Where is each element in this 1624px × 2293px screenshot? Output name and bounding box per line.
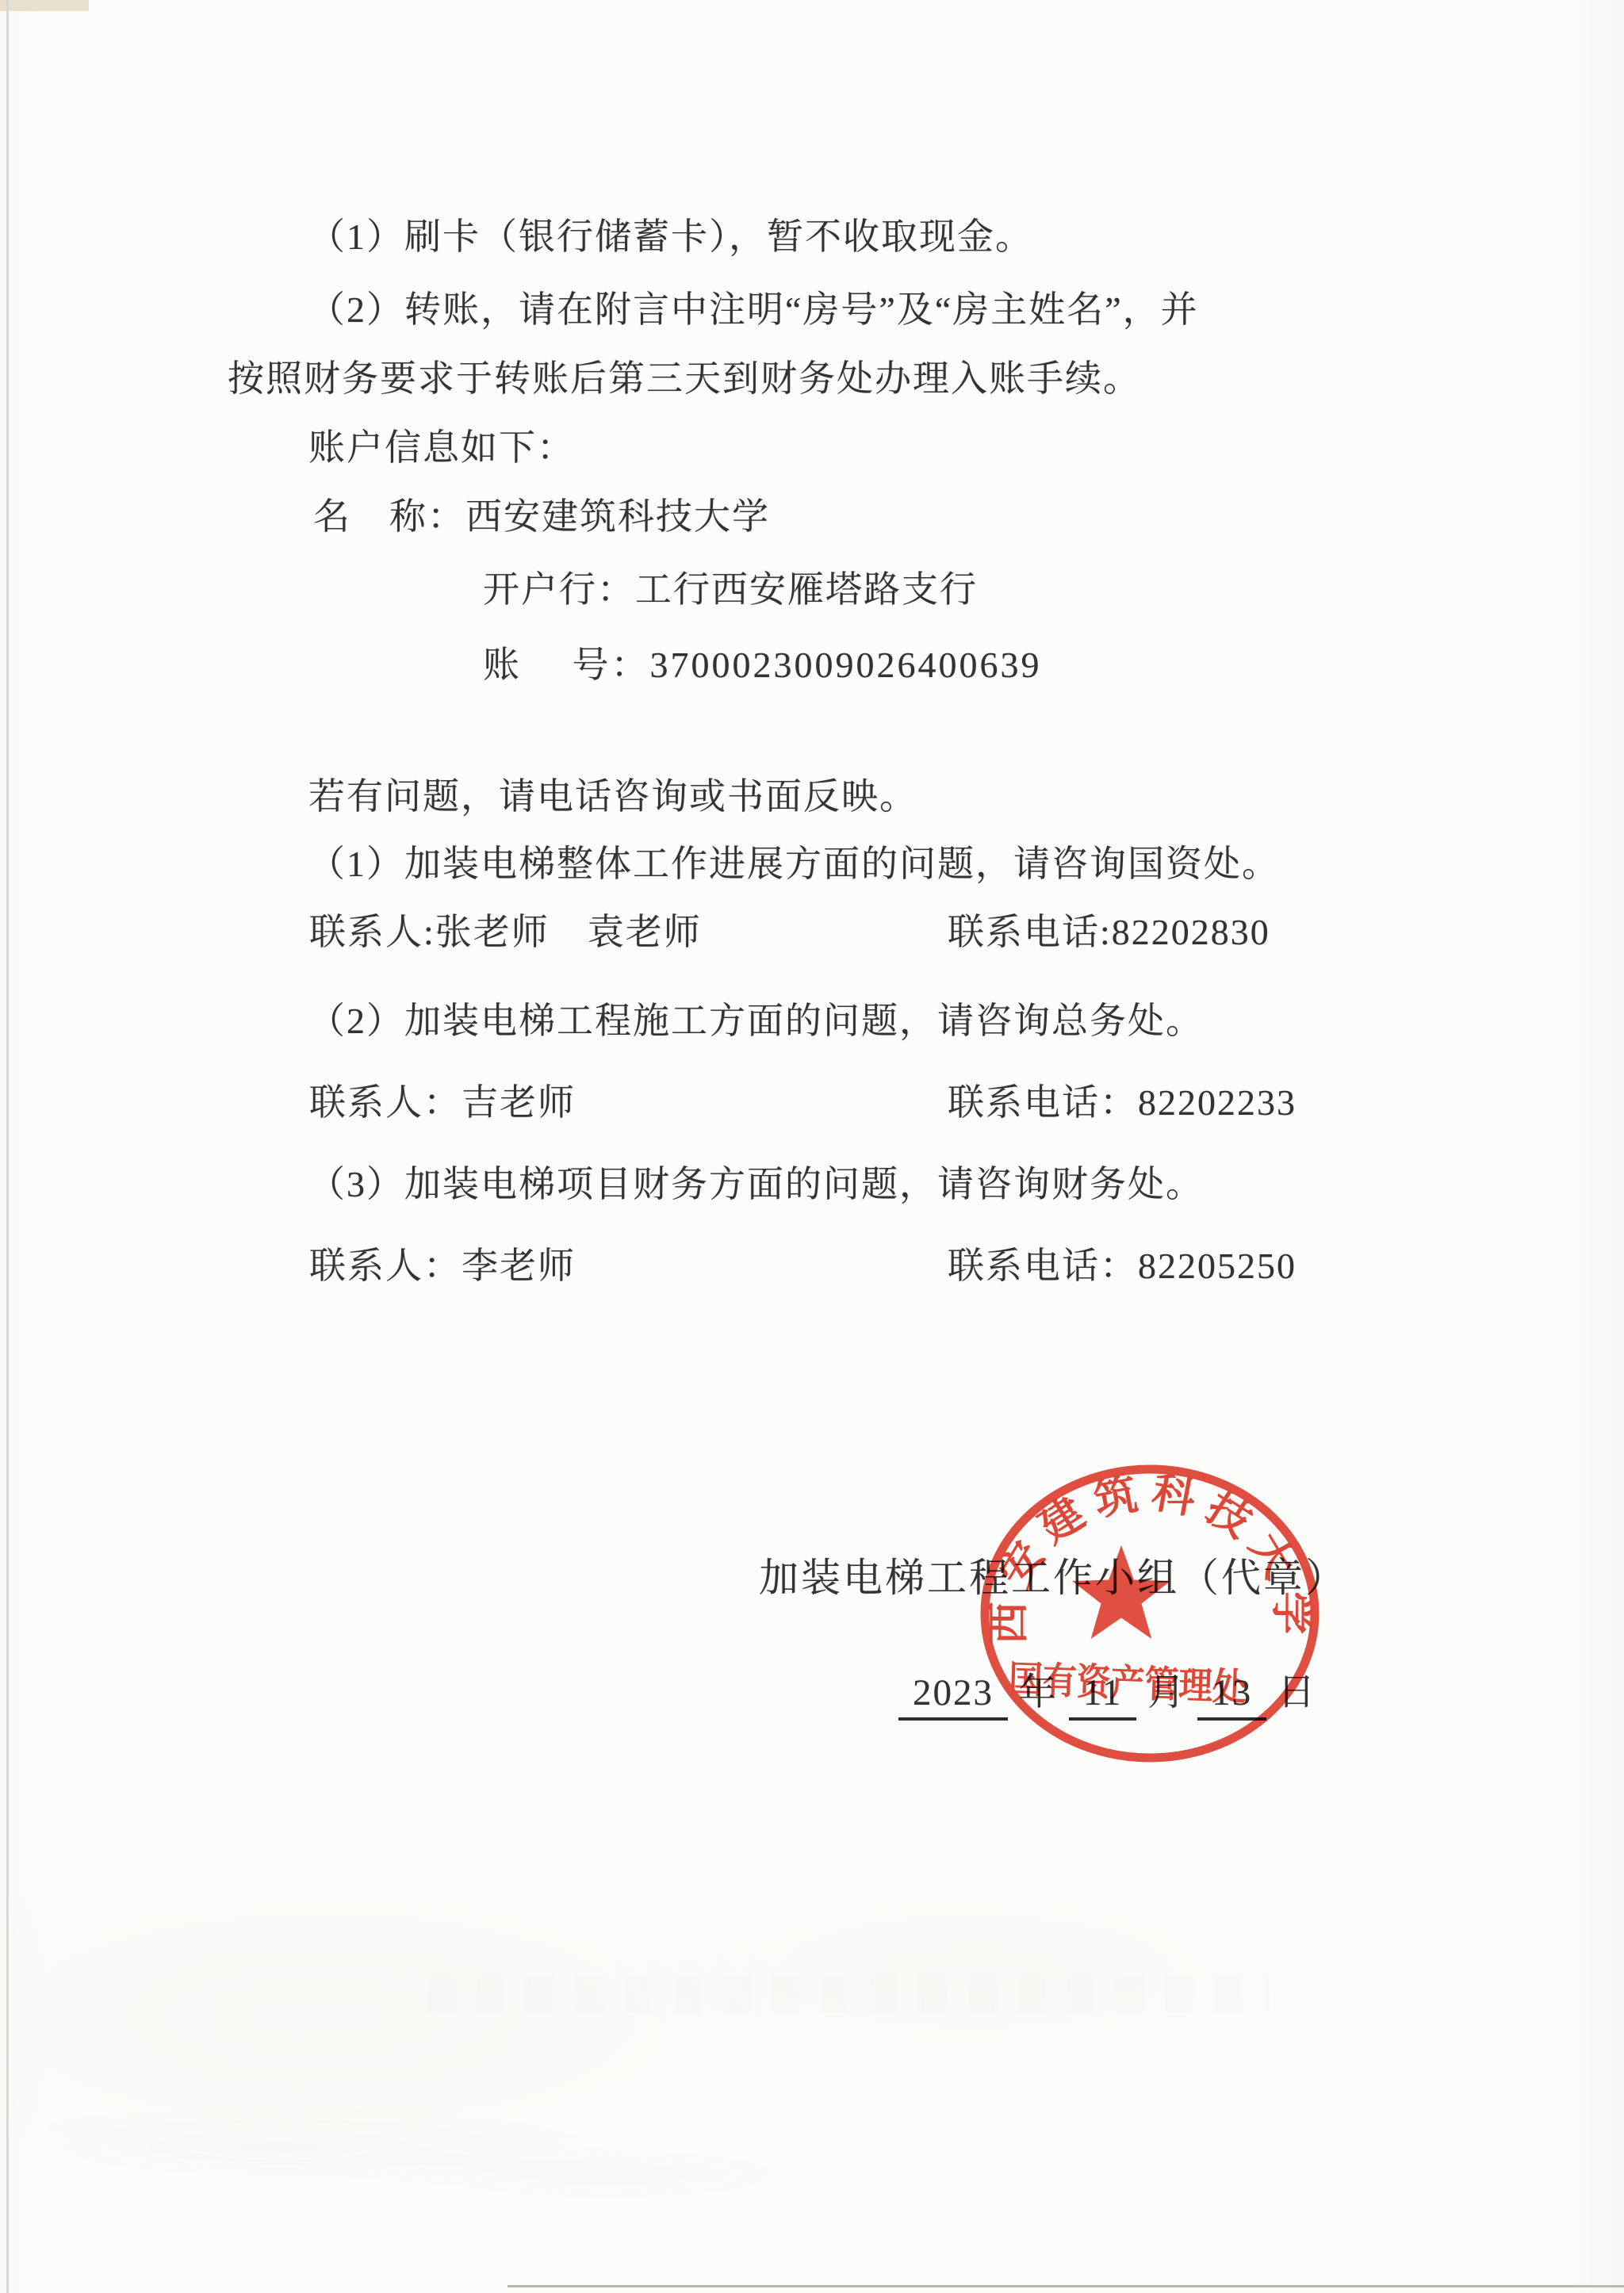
date-month: 11 xyxy=(1069,1671,1136,1721)
scan-artifact-left-edge xyxy=(6,0,9,2293)
account-info-heading: 账户信息如下： xyxy=(308,427,575,469)
contact-person-3: 联系人：李老师 xyxy=(309,1246,576,1288)
paragraph-transfer-cont: 按照财务要求于转账后第三天到财务处办理入账手续。 xyxy=(228,358,1141,400)
contact-phone-3: 联系电话：82205250 xyxy=(948,1246,1297,1288)
date-month-unit: 月 xyxy=(1147,1671,1186,1714)
question-item-2: （2）加装电梯工程施工方面的问题，请咨询总务处。 xyxy=(308,1001,1204,1043)
contact-phone-1: 联系电话:82202830 xyxy=(948,912,1270,954)
date-year: 2023 xyxy=(898,1671,1008,1721)
scan-artifact-bottom-edge xyxy=(507,2285,1624,2287)
question-item-3: （3）加装电梯项目财务方面的问题，请咨询财务处。 xyxy=(308,1164,1204,1206)
account-number-line: 账 号：3700023009026400639 xyxy=(483,645,1042,687)
account-bank-line: 开户行：工行西安雁塔路支行 xyxy=(483,569,978,611)
date-line: 2023年11月13日 xyxy=(855,1629,1327,1763)
document-page: （1）刷卡（银行储蓄卡），暂不收取现金。 （2）转账，请在附言中注明“房号”及“… xyxy=(0,0,1624,2293)
paragraph-payment-card: （1）刷卡（银行储蓄卡），暂不收取现金。 xyxy=(308,216,1033,258)
date-day: 13 xyxy=(1197,1671,1266,1721)
question-item-1: （1）加装电梯整体工作进展方面的问题，请咨询国资处。 xyxy=(308,844,1280,886)
account-name-line: 名 称：西安建筑科技大学 xyxy=(313,496,770,538)
scan-artifact-corner-smudge xyxy=(0,0,89,11)
paragraph-transfer: （2）转账，请在附言中注明“房号”及“房主姓名”，并 xyxy=(308,289,1199,331)
date-year-unit: 年 xyxy=(1019,1671,1058,1714)
scan-artifact-bleedthrough-blob xyxy=(48,2093,825,2228)
questions-heading: 若有问题，请电话咨询或书面反映。 xyxy=(308,776,917,818)
contact-person-2: 联系人：吉老师 xyxy=(309,1082,576,1124)
date-day-unit: 日 xyxy=(1277,1671,1316,1714)
signature-line: 加装电梯工程工作小组（代章） xyxy=(759,1556,1347,1602)
contact-phone-2: 联系电话：82202233 xyxy=(948,1082,1297,1124)
scan-artifact-bleedthrough-row xyxy=(428,1974,1269,2012)
contact-person-1: 联系人:张老师 袁老师 xyxy=(309,912,702,954)
